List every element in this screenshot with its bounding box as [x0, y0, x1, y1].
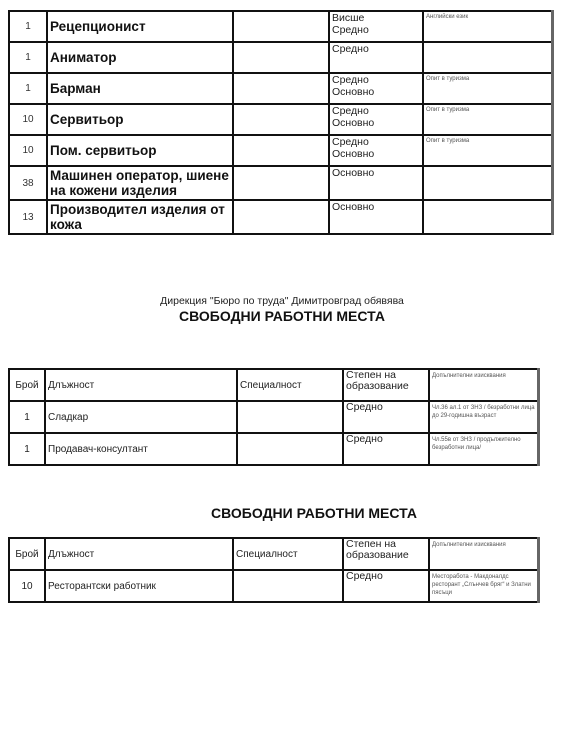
vacancy-position: Производител изделия от кожа: [47, 200, 233, 234]
vacancies-table-2: БройДлъжностСпециалностСтепен на образов…: [8, 368, 540, 466]
vacancy-requirements: Чл.36 ал.1 от ЗНЗ / безработни лица до 2…: [429, 401, 539, 433]
vacancy-education: Средно: [343, 570, 429, 602]
vacancy-requirements: Опит в туризма: [423, 73, 553, 104]
vacancy-education: Основно: [329, 166, 423, 200]
vacancies-table-3: БройДлъжностСпециалностСтепен на образов…: [8, 537, 540, 603]
vacancies-table-1: 1РецепционистВисшеСредноАнглийски език1А…: [8, 10, 554, 235]
header-education: Степен на образование: [343, 538, 429, 570]
vacancy-specialty: [233, 73, 329, 104]
vacancy-count: 10: [9, 104, 47, 135]
vacancy-specialty: [233, 570, 343, 602]
vacancy-requirements: Опит в туризма: [423, 104, 553, 135]
vacancy-position: Машинен оператор, шиене на кожени издели…: [47, 166, 233, 200]
header-education: Степен на образование: [343, 369, 429, 401]
vacancy-requirements: Месторабота - Макдоналдс ресторант „Слън…: [429, 570, 539, 602]
vacancy-count: 1: [9, 73, 47, 104]
vacancy-position: Ресторантски работник: [45, 570, 233, 602]
vacancy-count: 10: [9, 135, 47, 166]
header-requirements: Допълнителни изисквания: [429, 369, 539, 401]
vacancy-specialty: [233, 166, 329, 200]
vacancy-position: Сладкар: [45, 401, 237, 433]
vacancy-position: Аниматор: [47, 42, 233, 73]
directorate-intro: Дирекция "Бюро по труда" Димитровград об…: [0, 295, 564, 307]
header-specialty: Специалност: [233, 538, 343, 570]
vacancy-count: 13: [9, 200, 47, 234]
table-row: 10Ресторантски работникСредноМесторабота…: [9, 570, 539, 602]
vacancy-requirements: [423, 200, 553, 234]
vacancy-position: Пом. сервитьор: [47, 135, 233, 166]
vacancy-specialty: [233, 104, 329, 135]
section-title: СВОБОДНИ РАБОТНИ МЕСТА: [0, 308, 564, 324]
vacancy-specialty: [237, 433, 343, 465]
table-row: 10СервитьорСредноОсновноОпит в туризма: [9, 104, 553, 135]
vacancy-requirements: Опит в туризма: [423, 135, 553, 166]
vacancy-position: Рецепционист: [47, 11, 233, 42]
vacancy-count: 10: [9, 570, 45, 602]
header-specialty: Специалност: [237, 369, 343, 401]
vacancy-education: СредноОсновно: [329, 135, 423, 166]
vacancy-requirements: Чл.55в от ЗНЗ / продължително безработни…: [429, 433, 539, 465]
vacancy-count: 1: [9, 42, 47, 73]
vacancy-count: 1: [9, 11, 47, 42]
vacancy-position: Барман: [47, 73, 233, 104]
table-row: 10Пом. сервитьорСредноОсновноОпит в тури…: [9, 135, 553, 166]
vacancy-education: Средно: [343, 401, 429, 433]
table-header-row: БройДлъжностСпециалностСтепен на образов…: [9, 538, 539, 570]
header-position: Длъжност: [45, 538, 233, 570]
vacancy-education: СредноОсновно: [329, 73, 423, 104]
header-position: Длъжност: [45, 369, 237, 401]
vacancy-count: 1: [9, 401, 45, 433]
vacancy-education: СредноОсновно: [329, 104, 423, 135]
table-row: 1СладкарСредноЧл.36 ал.1 от ЗНЗ / безраб…: [9, 401, 539, 433]
table-header-row: БройДлъжностСпециалностСтепен на образов…: [9, 369, 539, 401]
table-row: 13Производител изделия от кожаОсновно: [9, 200, 553, 234]
vacancy-education: ВисшеСредно: [329, 11, 423, 42]
vacancy-position: Продавач-консултант: [45, 433, 237, 465]
vacancy-education: Средно: [329, 42, 423, 73]
vacancy-specialty: [233, 42, 329, 73]
vacancy-position: Сервитьор: [47, 104, 233, 135]
vacancy-education: Основно: [329, 200, 423, 234]
table-row: 1АниматорСредно: [9, 42, 553, 73]
vacancy-requirements: [423, 42, 553, 73]
vacancy-requirements: Английски език: [423, 11, 553, 42]
vacancy-specialty: [233, 135, 329, 166]
vacancy-count: 1: [9, 433, 45, 465]
vacancy-education: Средно: [343, 433, 429, 465]
vacancy-count: 38: [9, 166, 47, 200]
header-count: Брой: [9, 369, 45, 401]
vacancy-specialty: [237, 401, 343, 433]
header-count: Брой: [9, 538, 45, 570]
table-row: 1Продавач-консултантСредноЧл.55в от ЗНЗ …: [9, 433, 539, 465]
section-title: СВОБОДНИ РАБОТНИ МЕСТА: [0, 505, 564, 521]
table-row: 1БарманСредноОсновноОпит в туризма: [9, 73, 553, 104]
vacancy-requirements: [423, 166, 553, 200]
vacancy-specialty: [233, 11, 329, 42]
vacancy-specialty: [233, 200, 329, 234]
header-requirements: Допълнителни изисквания: [429, 538, 539, 570]
table-row: 1РецепционистВисшеСредноАнглийски език: [9, 11, 553, 42]
table-row: 38Машинен оператор, шиене на кожени изде…: [9, 166, 553, 200]
